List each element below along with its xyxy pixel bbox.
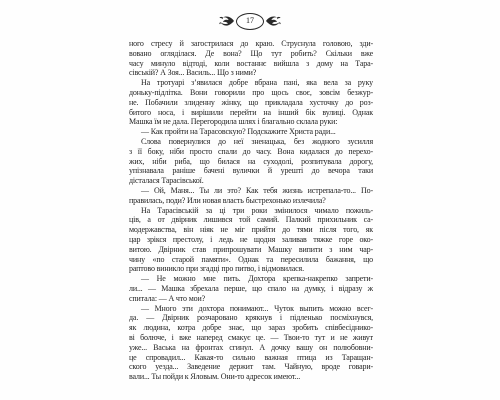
text-line: ского уезда... Заведение держит там. Чай… xyxy=(129,362,373,372)
text-line: часу минуло відтоді, коли востаннє вийшл… xyxy=(129,59,373,69)
text-line: Машка їм не дала. Перегородила шлях і бл… xyxy=(129,117,373,127)
text-line: ли... — Машка збрехала перше, що спало н… xyxy=(129,284,373,294)
text-line: Слова повернулися до неї зненацька, без … xyxy=(129,137,373,147)
text-line: да. — Двірник розчаровано крякнув і підл… xyxy=(129,313,373,323)
text-line: модержавства, він ніяк не міг прийти до … xyxy=(129,225,373,235)
text-line: спитала: — А что мои? xyxy=(129,294,373,304)
text-line: ного стресу й загострилася до краю. Стру… xyxy=(129,39,373,49)
text-line: доньку-підлітка. Вони говорили про щось … xyxy=(129,88,373,98)
text-line: як людина, котра добре знає, що зараз зр… xyxy=(129,323,373,333)
text-line: це спровадил... Какая-то сильно важная п… xyxy=(129,353,373,363)
text-line: з її боку, ніби просто спали до часу. Во… xyxy=(129,147,373,157)
text-line: правилась, поди? Или новая власть быстре… xyxy=(129,196,373,206)
text-line: упізнавала раніше бачені вулички й урешт… xyxy=(129,166,373,176)
text-line: ві болюче, і вже наперед смакує це. — Тв… xyxy=(129,333,373,343)
book-page: 17 ного стресу й загострилася до краю. С… xyxy=(0,0,500,400)
floral-flourish-icon xyxy=(265,14,281,28)
text-line: сівській? А Зоя... Василь... Що з ними? xyxy=(129,68,373,78)
text-line: раптово виникло при згадці про питво, і … xyxy=(129,264,373,274)
text-line: вали... Ты пойди к Яловым. Они-то адресо… xyxy=(129,372,373,382)
text-line: На Тарасівській за ці три роки змінилося… xyxy=(129,206,373,216)
text-line: чину «по старой памяти». Однак та переси… xyxy=(129,255,373,265)
text-line: На тротуарі з’явилася добре вбрана пані,… xyxy=(129,78,373,88)
text-line: дісталася Тарасівської. xyxy=(129,176,373,186)
text-line: вовано огляділася. Де вона? Що тут робит… xyxy=(129,49,373,59)
text-line: витою. Двірник став припрошувати Машку в… xyxy=(129,245,373,255)
text-line: — Не можно мне пить. Дохтора крепка-накр… xyxy=(129,274,373,284)
text-line: ців, а от двірник лишився той самий. Пал… xyxy=(129,215,373,225)
page-number: 17 xyxy=(236,13,264,30)
page-text: ного стресу й загострилася до краю. Стру… xyxy=(129,39,373,382)
text-line: цар зрікся престолу, і ледь не щодня зал… xyxy=(129,235,373,245)
text-line: не. Побачили злиденну жінку, що приклада… xyxy=(129,98,373,108)
text-line: уже... Васька на фронтах сгинул. А дочку… xyxy=(129,343,373,353)
text-line: жих, ніби риба, що билася на суходолі, р… xyxy=(129,157,373,167)
text-line: — Ой, Маня... Ты ли это? Как тебя жизнь … xyxy=(129,186,373,196)
text-line: битого носа, і вирішили перейти на інший… xyxy=(129,108,373,118)
page-number-ornament: 17 xyxy=(219,13,281,30)
page-header: 17 xyxy=(0,0,500,31)
text-line: — Как пройти на Тарасовскую? Подскажите … xyxy=(129,127,373,137)
floral-flourish-icon xyxy=(219,14,235,28)
text-line: — Много эти дохтора понимают... Чуток вы… xyxy=(129,304,373,314)
